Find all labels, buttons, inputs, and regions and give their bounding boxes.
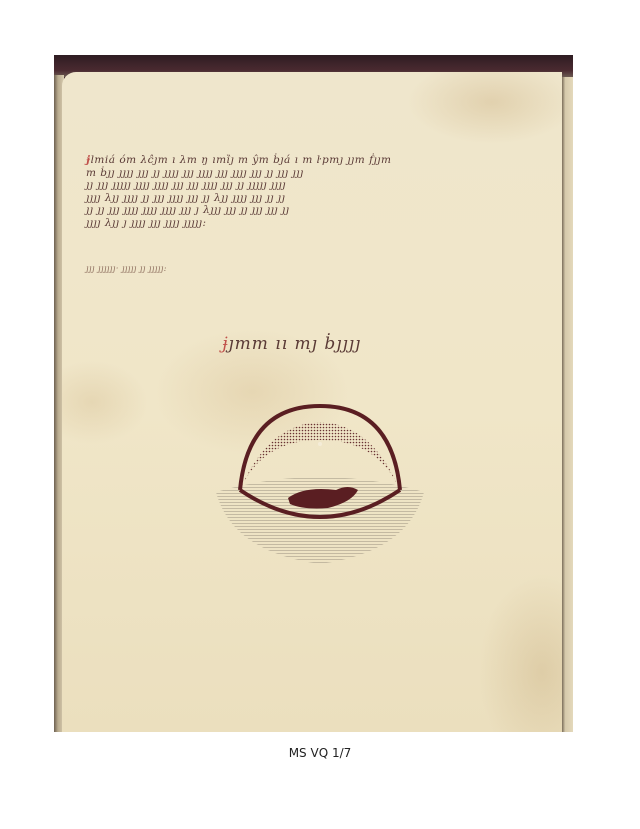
manuscript-scan: ɉlmiá óm λĉȷm ı λm ŋ ımȉȷ m ŷm ḃȷá ı m ŀ… xyxy=(54,55,573,732)
paragraph-line: m ḃȷȷ ȷȷȷȷ ȷȷȷ ȷȷ ȷȷȷȷ ȷȷȷ ȷȷȷȷ ȷȷȷ ȷȷȷȷ… xyxy=(86,167,304,179)
paragraph-line: ȷȷ ȷȷ ȷȷȷ ȷȷȷȷ ȷȷȷȷ ȷȷȷȷ ȷȷȷ ȷ λȷȷȷ ȷȷȷ … xyxy=(86,204,290,216)
paragraph-line: lmiá óm λĉȷm ı λm ŋ ımȉȷ m ŷm ḃȷá ı m ŀp… xyxy=(91,154,392,166)
caption: MS VQ 1/7 xyxy=(0,746,640,760)
page-edge-right xyxy=(562,77,573,732)
cosmology-diagram xyxy=(208,402,432,572)
paragraph-line: ȷȷȷȷ λȷȷ ȷȷȷȷ ȷȷ ȷȷȷ ȷȷȷȷ ȷȷȷ ȷȷ λȷȷ ȷȷȷ… xyxy=(86,192,285,204)
heading-text: ȷmm ıı mȷ ḃȷȷȷȷ xyxy=(228,334,361,354)
paragraph-line: ȷȷȷȷ λȷȷ ȷ ȷȷȷȷ ȷȷȷ ȷȷȷȷ ȷȷȷȷȷ: xyxy=(86,217,207,229)
star-icon xyxy=(318,442,322,446)
tengwar-heading: ɉȷmm ıı mȷ ḃȷȷȷȷ xyxy=(222,334,361,354)
tengwar-subline: ȷȷȷ ȷȷȷȷȷȷ· ȷȷȷȷȷ ȷȷ ȷȷȷȷȷ: xyxy=(86,264,167,273)
tengwar-paragraph: ɉlmiá óm λĉȷm ı λm ŋ ımȉȷ m ŷm ḃȷá ı m ŀ… xyxy=(86,154,526,229)
paragraph-line: ȷȷ ȷȷȷ ȷȷȷȷȷ ȷȷȷȷ ȷȷȷȷ ȷȷȷ ȷȷȷ ȷȷȷȷ ȷȷȷ … xyxy=(86,179,286,191)
manuscript-page: ɉlmiá óm λĉȷm ı λm ŋ ımȉȷ m ŷm ḃȷá ı m ŀ… xyxy=(62,72,562,732)
